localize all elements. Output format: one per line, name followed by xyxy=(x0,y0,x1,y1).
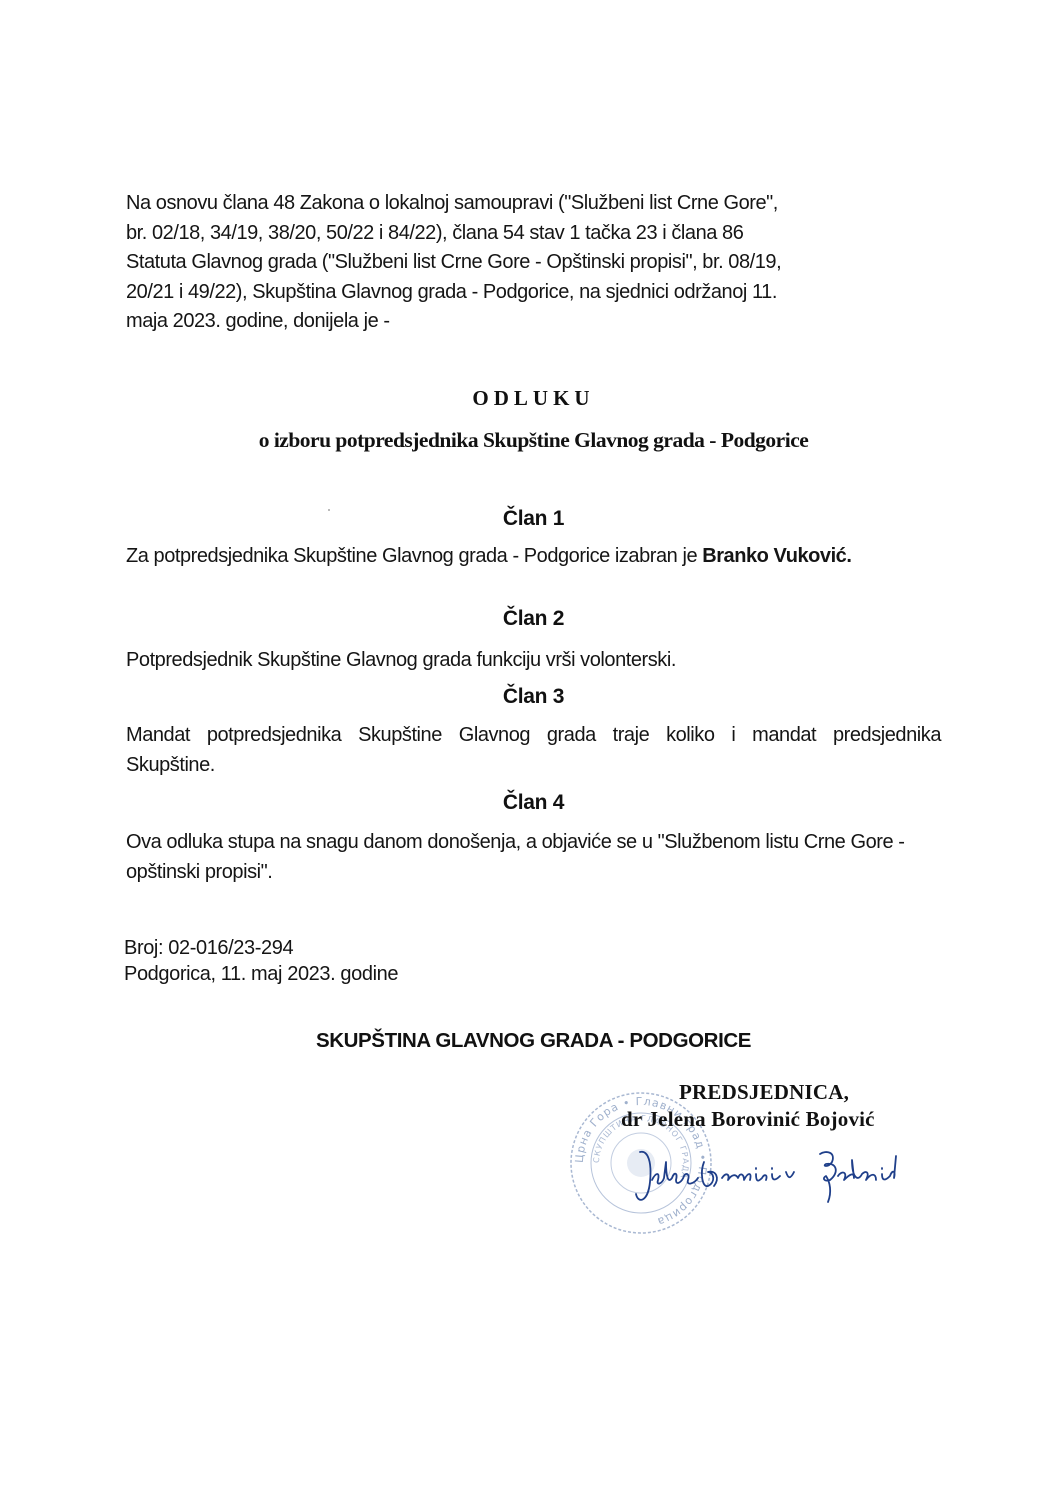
article-4-heading: Član 4 xyxy=(126,791,941,815)
preamble-line: 20/21 i 49/22), Skupština Glavnog grada … xyxy=(126,278,941,308)
handwritten-signature-icon xyxy=(630,1142,930,1212)
document-title: ODLUKU xyxy=(126,386,941,411)
article-3-heading: Član 3 xyxy=(126,685,941,709)
preamble-line: maja 2023. godine, donijela je - xyxy=(126,307,941,337)
signatory-title: PREDSJEDNICA, xyxy=(679,1080,849,1105)
preamble-line: Na osnovu člana 48 Zakona o lokalnoj sam… xyxy=(126,189,941,219)
article-1-text: Za potpredsjednika Skupštine Glavnog gra… xyxy=(126,542,941,572)
article-3-text: Mandat potpredsjednika Skupštine Glavnog… xyxy=(126,721,941,780)
preamble-line: Statuta Glavnog grada ("Službeni list Cr… xyxy=(126,248,941,278)
elected-name: Branko Vuković. xyxy=(702,545,851,567)
preamble: Na osnovu člana 48 Zakona o lokalnoj sam… xyxy=(126,189,941,337)
place-date: Podgorica, 11. maj 2023. godine xyxy=(124,961,398,987)
article-1-body: Za potpredsjednika Skupštine Glavnog gra… xyxy=(126,545,697,567)
preamble-line: br. 02/18, 34/19, 38/20, 50/22 i 84/22),… xyxy=(126,219,941,249)
article-2-text: Potpredsjednik Skupštine Glavnog grada f… xyxy=(126,646,941,676)
document-subtitle: o izboru potpredsjednika Skupštine Glavn… xyxy=(126,428,941,453)
issuer: SKUPŠTINA GLAVNOG GRADA - PODGORICE xyxy=(126,1029,941,1053)
document-page: Na osnovu člana 48 Zakona o lokalnoj sam… xyxy=(0,0,1058,1497)
reference-number: Broj: 02-016/23-294 xyxy=(124,935,293,961)
signatory-name: dr Jelena Borovinić Bojović xyxy=(621,1107,875,1132)
article-2-heading: Član 2 xyxy=(126,607,941,631)
article-1-heading: Član 1 xyxy=(126,507,941,531)
article-4-text: Ova odluka stupa na snagu danom donošenj… xyxy=(126,828,941,887)
